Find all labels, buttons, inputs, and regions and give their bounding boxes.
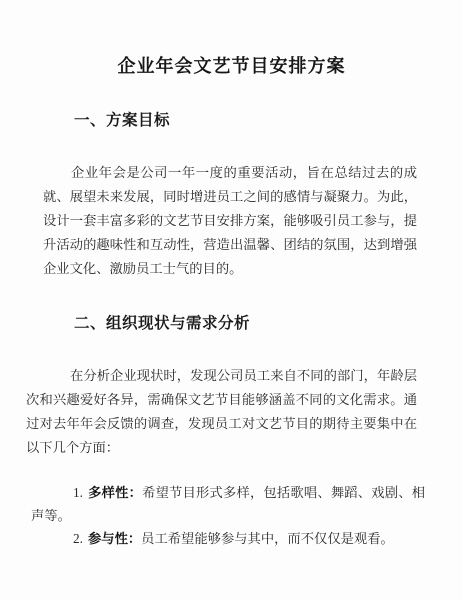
section-status-needs-analysis: 二、组织现状与需求分析 在分析企业现状时，发现公司员工来自不同的部门，年龄层次和…: [0, 315, 463, 550]
expectations-list: 1.多样性：希望节目形式多样，包括歌唱、舞蹈、戏剧、相声等。 2.参与性：员工希…: [31, 481, 425, 550]
list-item-text: 员工希望能够参与其中，而不仅仅是观看。: [141, 531, 394, 546]
section-2-heading: 二、组织现状与需求分析: [74, 315, 417, 332]
list-item-term: 多样性：: [88, 485, 142, 500]
list-item-number: 1.: [73, 485, 83, 500]
document-page: 企业年会文艺节目安排方案 一、方案目标 企业年会是公司一年一度的重要活动，旨在总…: [0, 0, 463, 600]
list-item-term: 参与性：: [88, 531, 141, 546]
section-2-paragraph: 在分析企业现状时，发现公司员工来自不同的部门，年龄层次和兴趣爱好各异，需确保文艺…: [26, 364, 417, 460]
list-item-number: 2.: [73, 531, 83, 546]
document-title: 企业年会文艺节目安排方案: [0, 0, 463, 78]
list-item-participation: 2.参与性：员工希望能够参与其中，而不仅仅是观看。: [31, 527, 425, 550]
section-1-paragraph: 企业年会是公司一年一度的重要活动，旨在总结过去的成就、展望未来发展，同时增进员工…: [43, 161, 417, 281]
section-plan-goals: 一、方案目标 企业年会是公司一年一度的重要活动，旨在总结过去的成就、展望未来发展…: [0, 112, 463, 281]
list-item-diversity: 1.多样性：希望节目形式多样，包括歌唱、舞蹈、戏剧、相声等。: [31, 481, 425, 527]
section-1-heading: 一、方案目标: [74, 112, 417, 129]
